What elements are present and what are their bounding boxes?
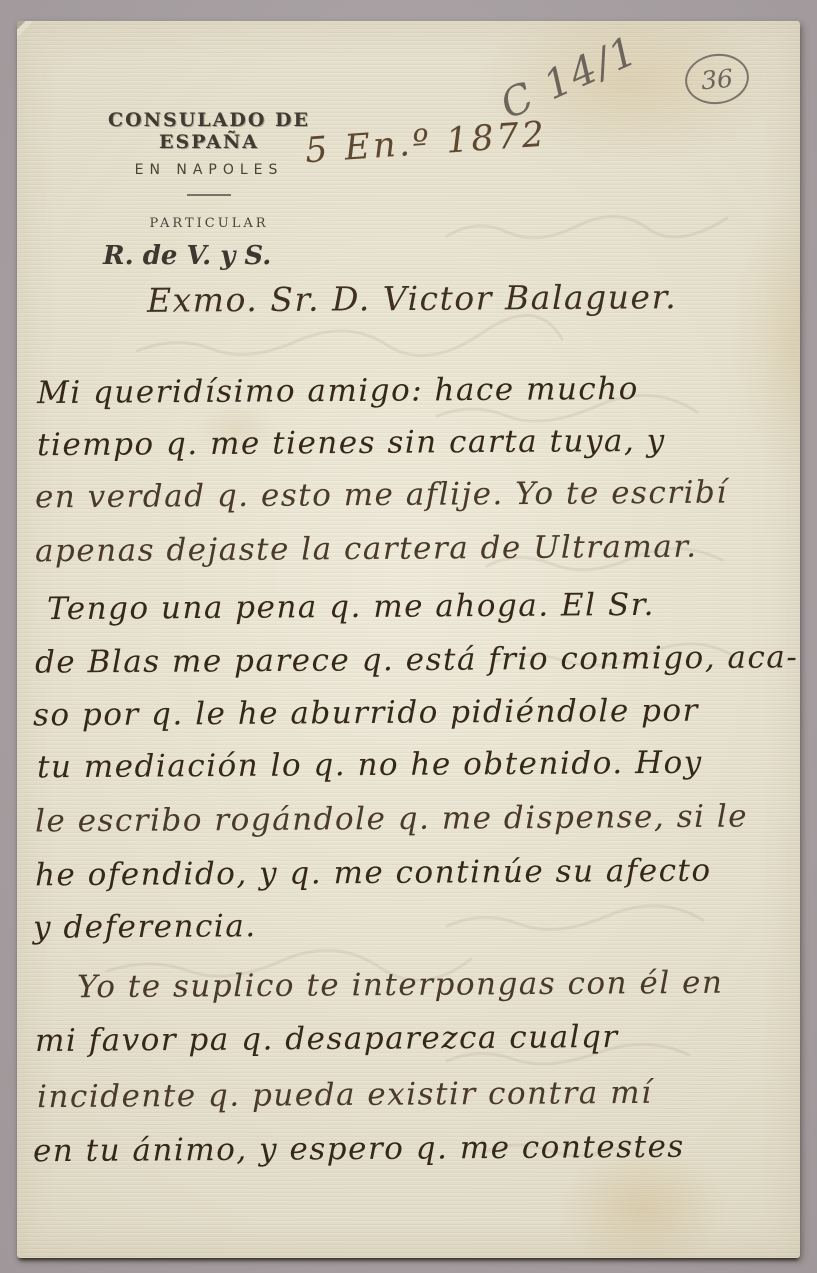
letterhead-org-name: CONSULADO DE ESPAÑA (75, 109, 343, 153)
body-line: de Blas me parece q. está frio conmigo, … (35, 639, 799, 680)
letterhead: CONSULADO DE ESPAÑA EN NAPOLES PARTICULA… (75, 109, 343, 271)
letterhead-divider-rule (187, 194, 231, 196)
folio-circle: 36 (682, 50, 752, 108)
letterhead-sender-initials: R. de V. y S. (75, 241, 343, 271)
body-line: apenas dejaste la cartera de Ultramar. (35, 529, 698, 570)
body-line: he ofendido, y q. me continúe su afecto (35, 853, 712, 894)
salutation: Exmo. Sr. D. Victor Balaguer. (147, 277, 677, 320)
body-line: so por q. le he aburrido pidiéndole por (33, 693, 699, 734)
body-line: incidente q. pueda existir contra mí (37, 1075, 653, 1115)
letterhead-particular-label: PARTICULAR (75, 216, 343, 231)
body-line: en verdad q. esto me aflije. Yo te escri… (35, 475, 728, 516)
letter-page: CONSULADO DE ESPAÑA EN NAPOLES PARTICULA… (17, 21, 800, 1258)
scanned-letter-photo: CONSULADO DE ESPAÑA EN NAPOLES PARTICULA… (0, 0, 817, 1273)
body-line: y deferencia. (33, 908, 257, 946)
body-line: le escribo rogándole q. me dispense, si … (35, 799, 748, 840)
paper-corner-crease (17, 21, 51, 55)
body-line: Yo te suplico te interpongas con él en (77, 965, 724, 1006)
body-line: tu mediación lo q. no he obtenido. Hoy (37, 745, 703, 786)
classification-mark: C 14/1 (494, 27, 645, 128)
body-line: mi favor pa q. desaparezca cualqr (35, 1019, 619, 1059)
body-line: tiempo q. me tienes sin carta tuya, y (37, 423, 666, 463)
body-line: Mi queridísimo amigo: hace mucho (37, 371, 639, 411)
body-line: en tu ánimo, y espero q. me contestes (33, 1129, 685, 1170)
folio-number: 36 (700, 63, 734, 95)
letterhead-city: EN NAPOLES (75, 162, 343, 178)
body-line: Tengo una pena q. me ahoga. El Sr. (47, 587, 655, 627)
